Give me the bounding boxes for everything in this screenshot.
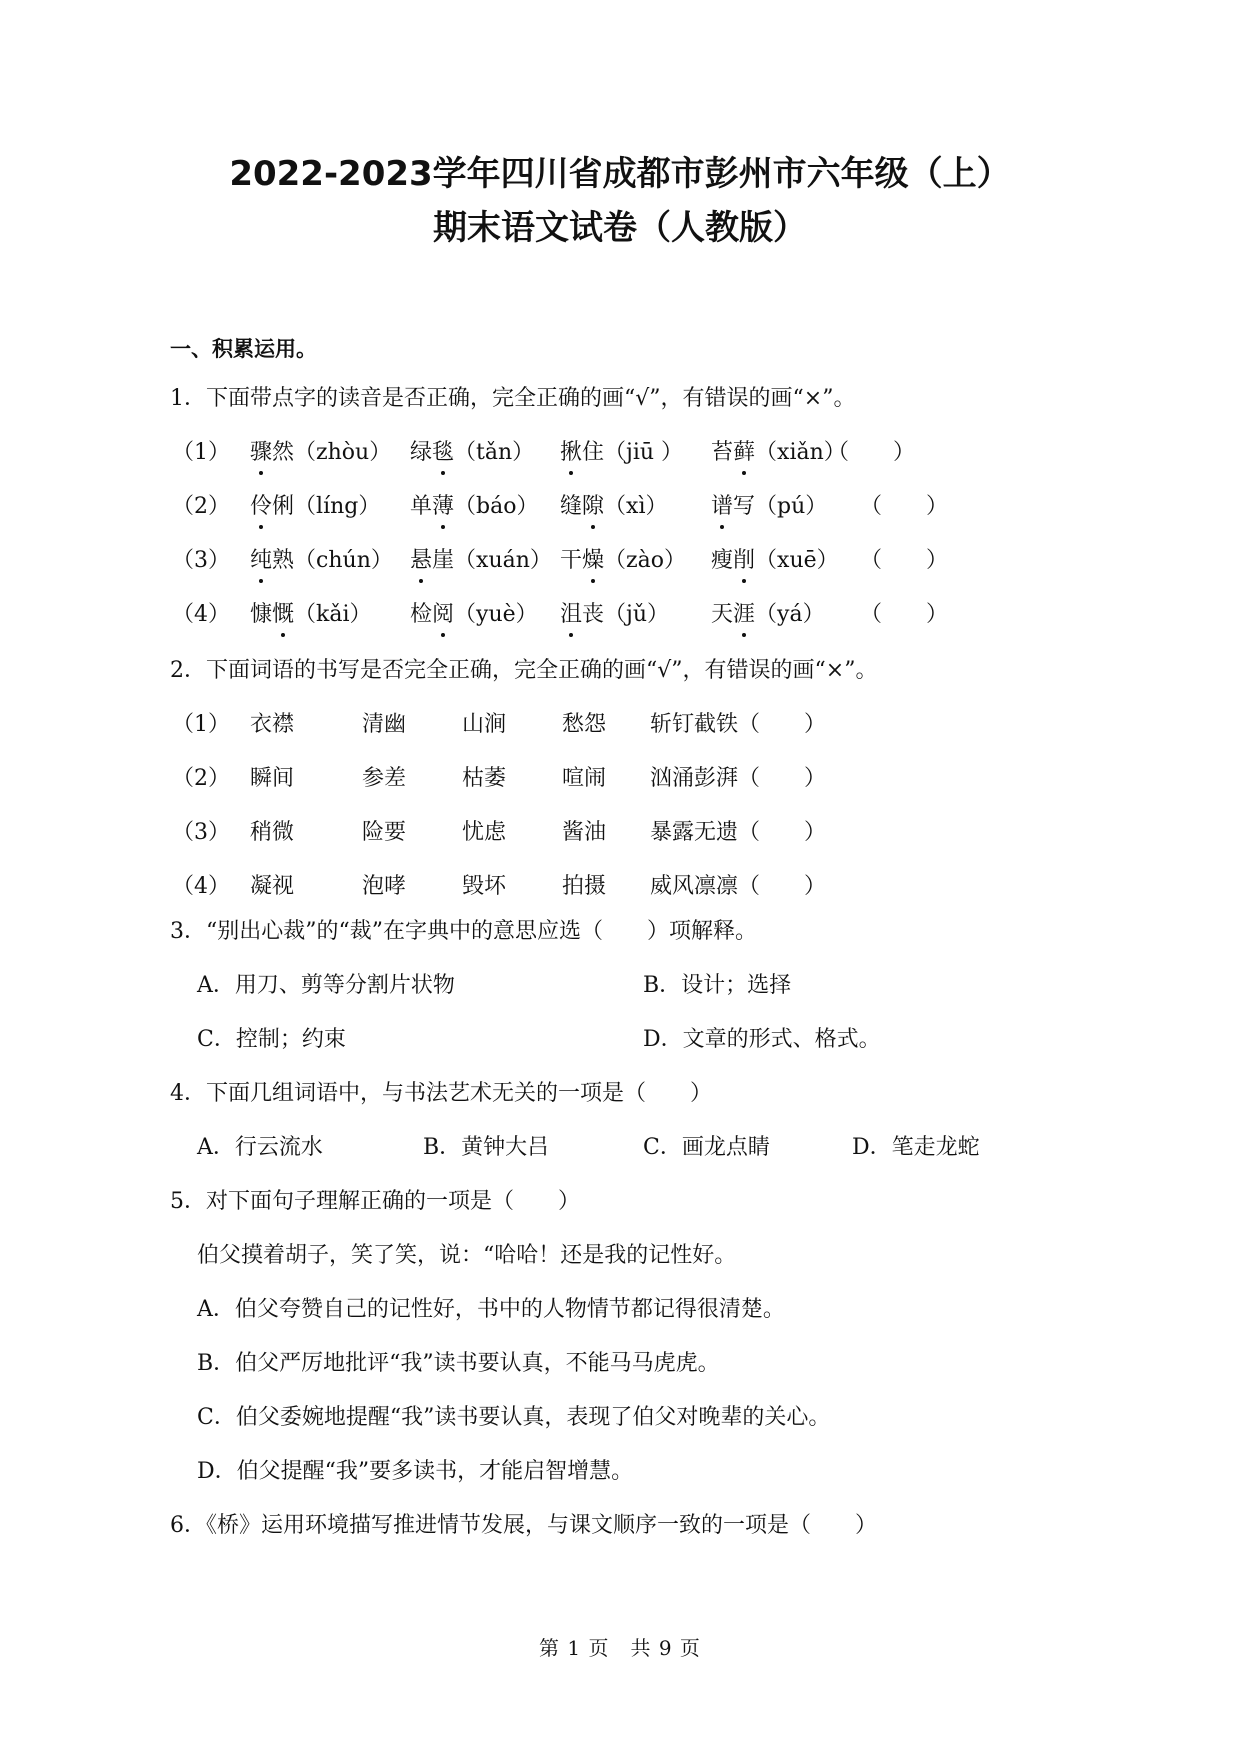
word-item: 泡哮 — [362, 872, 406, 902]
question-1-row-label: （1） — [172, 438, 230, 468]
question-2-row-label: （2） — [172, 764, 230, 794]
word-item: 酱油 — [562, 818, 606, 848]
dotted-char: 谱 — [711, 492, 733, 522]
pinyin-item: 纯熟（chún） — [250, 546, 393, 576]
word-char: 住 — [582, 440, 604, 465]
pinyin-item: 天涯（yá） — [711, 600, 825, 630]
question-1-row-label: （4） — [172, 600, 230, 630]
pinyin-item: 瘦削（xuē） — [711, 546, 839, 576]
pinyin-item: 干燥（zào） — [560, 546, 686, 576]
word-char: 天 — [711, 602, 733, 627]
question-3-option-c: C．控制；约束 — [197, 1025, 346, 1055]
word-item: 枯萎 — [462, 764, 506, 794]
pinyin-text: （tǎn） — [454, 440, 534, 465]
dotted-char: 削 — [733, 546, 755, 576]
pinyin-text: （xuē） — [755, 548, 839, 573]
question-1-row-label: （2） — [172, 492, 230, 522]
pinyin-item: 揪住（jiū ） — [560, 438, 683, 468]
question-2-stem: 2．下面词语的书写是否完全正确，完全正确的画“√”，有错误的画“×”。 — [170, 656, 877, 686]
question-4-stem: 4．下面几组词语中，与书法艺术无关的一项是（ ） — [170, 1079, 712, 1109]
question-5-quote: 伯父摸着胡子，笑了笑，说：“哈哈！还是我的记性好。 — [197, 1241, 736, 1271]
pinyin-item: 慷慨（kǎi） — [250, 600, 372, 630]
dotted-char: 毯 — [432, 438, 454, 468]
pinyin-text: （kǎi） — [294, 602, 371, 627]
word-item: 险要 — [362, 818, 406, 848]
word-char: 慷 — [250, 602, 272, 627]
word-item: 稍微 — [250, 818, 294, 848]
answer-blank[interactable]: （ ） — [860, 546, 948, 576]
pinyin-text: （líng） — [294, 494, 380, 519]
question-5-option-b: B．伯父严厉地批评“我”读书要认真，不能马马虎虎。 — [197, 1349, 720, 1379]
word-char: 崖 — [432, 548, 454, 573]
pinyin-item: 缝隙（xì） — [560, 492, 667, 522]
question-4-option-b: B．黄钟大吕 — [423, 1133, 549, 1163]
answer-blank[interactable]: （ ） — [860, 492, 948, 522]
word-item: 清幽 — [362, 710, 406, 740]
question-6-stem: 6．《桥》运用环境描写推进情节发展，与课文顺序一致的一项是（ ） — [170, 1511, 877, 1541]
question-4-option-c: C．画龙点睛 — [643, 1133, 770, 1163]
word-char: 熟 — [272, 548, 294, 573]
dotted-char: 骤 — [250, 438, 272, 468]
question-4-option-d: D．笔走龙蛇 — [852, 1133, 980, 1163]
answer-blank[interactable]: （ ） — [860, 600, 948, 630]
word-char: 苔 — [711, 440, 733, 465]
word-item: 忧虑 — [462, 818, 506, 848]
word-item: 喧闹 — [562, 764, 606, 794]
page-title-line2: 期末语文试卷（人教版） — [0, 200, 1240, 249]
pinyin-text: （xuán） — [454, 548, 552, 573]
question-2-row-label: （4） — [172, 872, 230, 902]
idiom-with-blank: 汹涌彭湃（ ） — [650, 764, 826, 794]
idiom-with-blank: 暴露无遗（ ） — [650, 818, 826, 848]
dotted-char: 悬 — [410, 546, 432, 576]
question-2-row-label: （1） — [172, 710, 230, 740]
dotted-char: 慨 — [272, 600, 294, 630]
question-2-row-label: （3） — [172, 818, 230, 848]
question-3-option-b: B．设计；选择 — [643, 971, 791, 1001]
pinyin-item: 悬崖（xuán） — [410, 546, 552, 576]
question-5-option-a: A．伯父夸赞自己的记性好，书中的人物情节都记得很清楚。 — [197, 1295, 785, 1325]
pinyin-text: （yuè） — [454, 602, 538, 627]
word-char: 然 — [272, 440, 294, 465]
question-5-stem: 5．对下面句子理解正确的一项是（ ） — [170, 1187, 580, 1217]
word-item: 衣襟 — [250, 710, 294, 740]
question-1-stem: 1．下面带点字的读音是否正确，完全正确的画“√”，有错误的画“×”。 — [170, 384, 855, 414]
word-char: 干 — [560, 548, 582, 573]
pinyin-text: （zào） — [604, 548, 686, 573]
pinyin-text: （xì） — [604, 494, 667, 519]
pinyin-item: 苔藓（xiǎn） — [711, 438, 846, 468]
question-3-option-a: A．用刀、剪等分割片状物 — [197, 971, 455, 1001]
pinyin-text: （zhòu） — [294, 440, 391, 465]
question-4-option-a: A．行云流水 — [197, 1133, 323, 1163]
page-footer: 第 1 页 共 9 页 — [0, 1632, 1240, 1661]
question-1-row-label: （3） — [172, 546, 230, 576]
word-char: 检 — [410, 602, 432, 627]
pinyin-item: 单薄（báo） — [410, 492, 538, 522]
dotted-char: 薄 — [432, 492, 454, 522]
pinyin-text: （yá） — [755, 602, 825, 627]
question-3-option-d: D．文章的形式、格式。 — [643, 1025, 881, 1055]
idiom-with-blank: 斩钉截铁（ ） — [650, 710, 826, 740]
word-item: 愁怨 — [562, 710, 606, 740]
pinyin-text: （báo） — [454, 494, 538, 519]
word-item: 凝视 — [250, 872, 294, 902]
word-item: 瞬间 — [250, 764, 294, 794]
answer-blank[interactable]: （ ） — [827, 438, 915, 468]
word-item: 毁坏 — [462, 872, 506, 902]
word-item: 参差 — [362, 764, 406, 794]
dotted-char: 纯 — [250, 546, 272, 576]
dotted-char: 燥 — [582, 546, 604, 576]
dotted-char: 揪 — [560, 438, 582, 468]
idiom-with-blank: 威风凛凛（ ） — [650, 872, 826, 902]
page-title-line1: 2022-2023学年四川省成都市彭州市六年级（上） — [0, 146, 1240, 195]
dotted-char: 伶 — [250, 492, 272, 522]
word-char: 丧 — [582, 602, 604, 627]
dotted-char: 隙 — [582, 492, 604, 522]
word-char: 写 — [733, 494, 755, 519]
pinyin-item: 骤然（zhòu） — [250, 438, 391, 468]
pinyin-item: 沮丧（jǔ） — [560, 600, 669, 630]
pinyin-text: （jǔ） — [604, 602, 669, 627]
dotted-char: 阅 — [432, 600, 454, 630]
question-5-option-c: C．伯父委婉地提醒“我”读书要认真，表现了伯父对晚辈的关心。 — [197, 1403, 830, 1433]
pinyin-text: （chún） — [294, 548, 393, 573]
pinyin-item: 伶俐（líng） — [250, 492, 380, 522]
word-char: 单 — [410, 494, 432, 519]
dotted-char: 藓 — [733, 438, 755, 468]
word-char: 俐 — [272, 494, 294, 519]
question-3-stem: 3．“别出心裁”的“裁”在字典中的意思应选（ ）项解释。 — [170, 917, 757, 947]
word-item: 山涧 — [462, 710, 506, 740]
pinyin-item: 检阅（yuè） — [410, 600, 538, 630]
word-char: 瘦 — [711, 548, 733, 573]
pinyin-item: 绿毯（tǎn） — [410, 438, 534, 468]
pinyin-item: 谱写（pú） — [711, 492, 827, 522]
dotted-char: 涯 — [733, 600, 755, 630]
section-heading: 一、积累运用。 — [170, 334, 317, 364]
pinyin-text: （jiū ） — [604, 440, 683, 465]
word-item: 拍摄 — [562, 872, 606, 902]
word-char: 绿 — [410, 440, 432, 465]
pinyin-text: （pú） — [755, 494, 827, 519]
dotted-char: 沮 — [560, 600, 582, 630]
question-5-option-d: D．伯父提醒“我”要多读书，才能启智增慧。 — [197, 1457, 633, 1487]
word-char: 缝 — [560, 494, 582, 519]
